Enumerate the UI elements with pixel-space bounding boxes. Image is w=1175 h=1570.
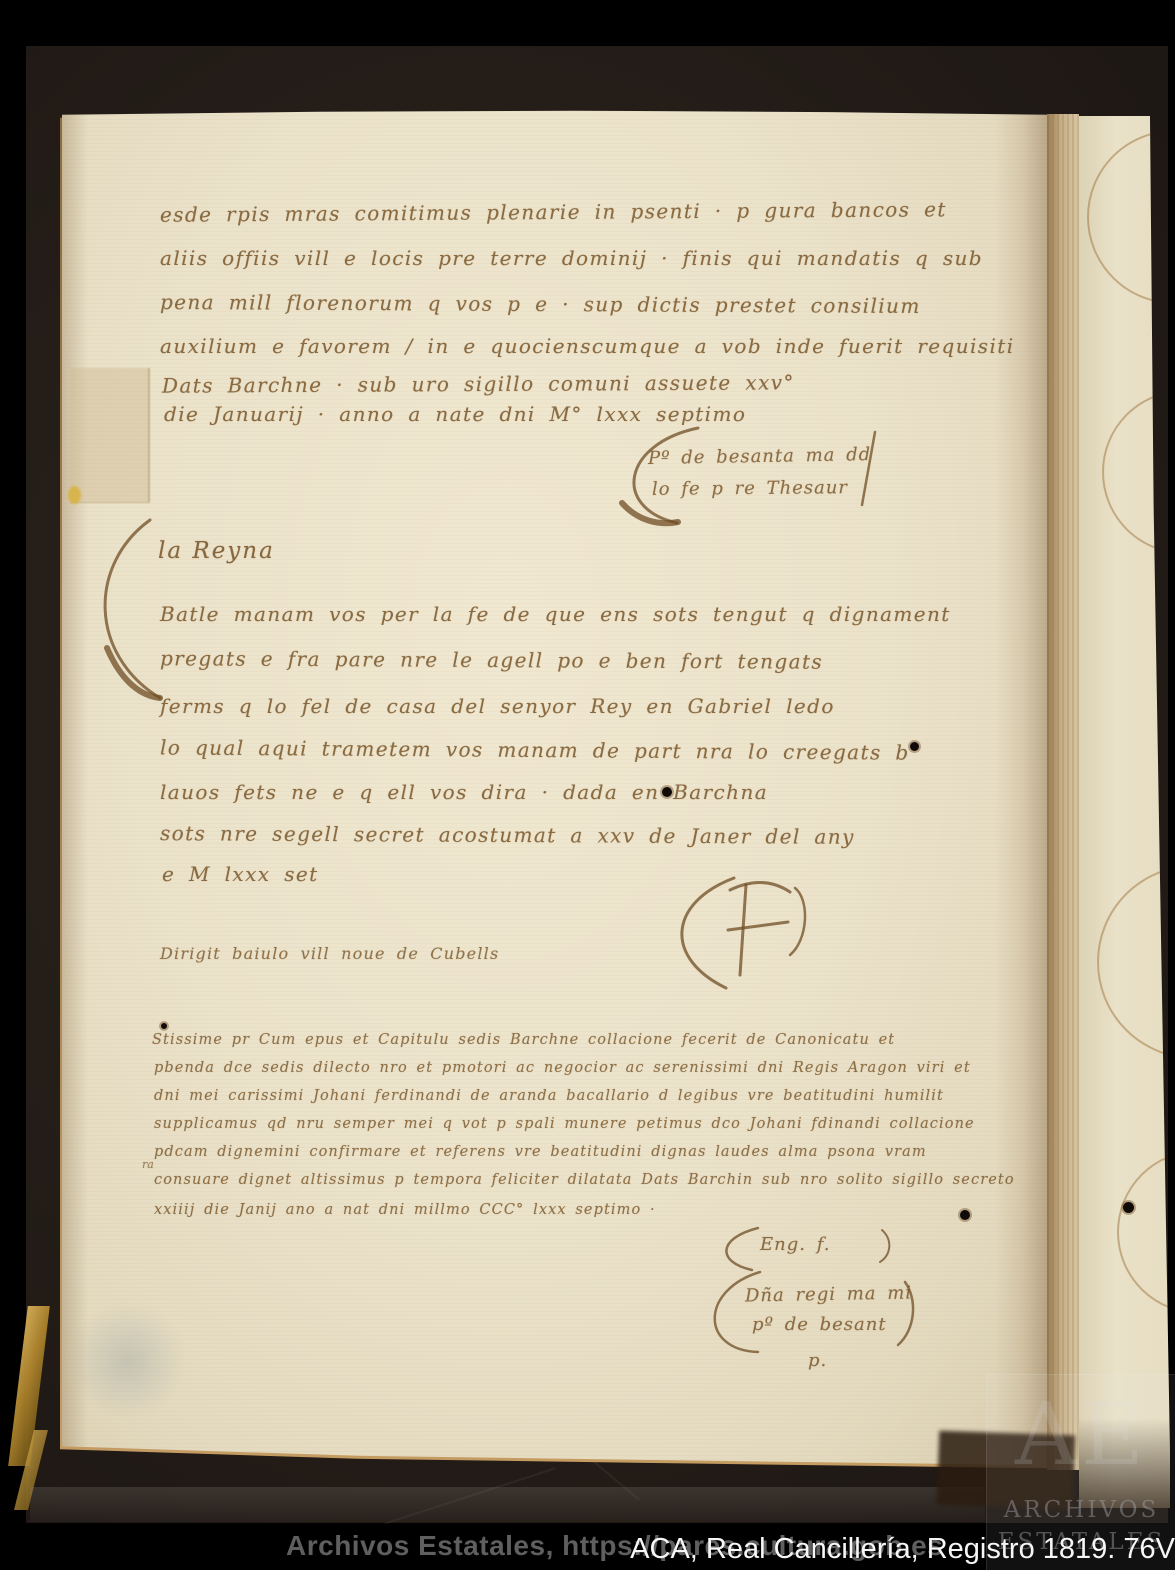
chancery-note-line: lo fe p re Thesaur: [652, 477, 848, 500]
ink-line: aliis offiis vill e locis pre terre domi…: [160, 246, 983, 270]
archives-logo-monogram: AE: [987, 1385, 1175, 1485]
ink-line: Stissime pr Cum epus et Capitulu sedis B…: [152, 1032, 895, 1048]
letter-heading: la Reyna: [158, 538, 275, 564]
photo-caption: ACA, Real Cancillería, Registro 1819. 76…: [630, 1533, 1175, 1566]
ink-line: lauos fets ne e q ell vos dira · dada en…: [160, 780, 768, 804]
ink-circle-offset: [1117, 1150, 1170, 1314]
ink-line: e M lxxx set: [162, 862, 319, 886]
chancery-note-line: p.: [808, 1350, 827, 1371]
marginal-note: ra: [142, 1158, 154, 1171]
wormhole: [161, 1023, 167, 1029]
chancery-note-line: Pº de besanta ma dd: [648, 444, 872, 469]
ink-line: supplicamus qd nru semper mei q vot p sp…: [154, 1116, 975, 1132]
address-line: Dirigit baiulo vill noue de Cubells: [160, 944, 499, 963]
chancery-note-line: pº de besant: [752, 1314, 887, 1335]
chancery-note-line: Eng. f.: [760, 1234, 830, 1255]
ink-line: dni mei carissimi Johani ferdinandi de a…: [154, 1088, 944, 1104]
stain: [68, 486, 81, 504]
binding-fold: [1047, 114, 1079, 1470]
ink-line: pena mill florenorum q vos p e · sup dic…: [160, 290, 921, 318]
ink-line: pdcam dignemini confirmare et referens v…: [154, 1144, 927, 1160]
wormhole: [1123, 1202, 1134, 1213]
page-left-shading: [62, 108, 88, 1468]
ink-line: esde rpis mras comitimus plenarie in pse…: [160, 197, 947, 226]
page-gutter-shading: [995, 108, 1047, 1468]
ink-line: pregats e fra pare nre le agell po e ben…: [160, 646, 823, 673]
wormhole: [662, 787, 672, 797]
ink-line: auxilium e favorem / in e quocienscumque…: [160, 334, 1015, 358]
ink-line: lo qual aqui trametem vos manam de part …: [160, 735, 910, 764]
ink-line: pbenda dce sedis dilecto nro et pmotori …: [154, 1060, 971, 1076]
ink-line: xxiiij die Janij ano a nat dni millmo CC…: [154, 1202, 656, 1218]
ink-line: die Januarij · anno a nate dni M° lxxx s…: [164, 402, 746, 426]
ink-line: sots nre segell secret acostumat a xxv d…: [160, 821, 855, 849]
backdrop-scuff-band: [30, 1487, 985, 1522]
manuscript-page: esde rpis mras comitimus plenarie in pse…: [62, 108, 1047, 1468]
wormhole: [910, 742, 919, 751]
ink-line: Batle manam vos per la fe de que ens sot…: [160, 602, 951, 626]
ink-line: consuare dignet altissimus p tempora fel…: [154, 1172, 1015, 1188]
digitized-folio-photo: esde rpis mras comitimus plenarie in pse…: [0, 0, 1175, 1570]
wormhole: [960, 1210, 970, 1220]
ink-circle-offset: [1097, 865, 1170, 1059]
stain: [70, 1304, 185, 1419]
archives-logo-text: ARCHIVOS: [987, 1497, 1175, 1523]
ink-line: Dats Barchne · sub uro sigillo comuni as…: [162, 370, 795, 397]
repair-patch: [70, 368, 150, 503]
ink-line: ferms q lo fel de casa del senyor Rey en…: [160, 694, 835, 718]
chancery-note-line: Dña regi ma mi: [745, 1283, 912, 1307]
